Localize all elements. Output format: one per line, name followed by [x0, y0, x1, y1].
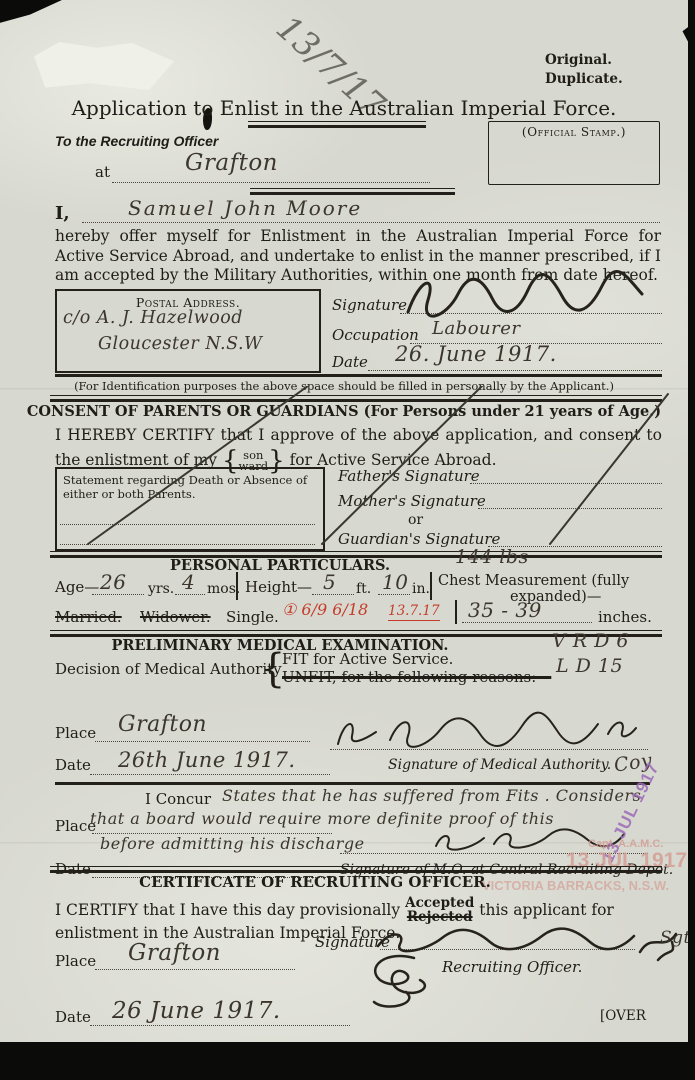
chest-label-line1: Chest Measurement (fully: [438, 573, 664, 589]
col-divider: [455, 600, 457, 624]
section-rule: [50, 866, 662, 873]
at-line: [112, 181, 430, 183]
occupation-value-handwritten: Labourer: [432, 318, 521, 339]
decision-label: Decision of Medical Authority: [55, 660, 282, 678]
vision-note-line2: L D 15: [556, 655, 623, 677]
duplicate-label: Duplicate.: [545, 71, 623, 87]
scanned-form-page: 13/7/17 Original. Duplicate. Application…: [0, 0, 688, 1042]
form-title: Application to Enlist in the Australian …: [0, 96, 688, 120]
postal-address-box: Postal Address.: [55, 289, 321, 373]
title-rule: [248, 121, 426, 128]
to-recruiting-officer-label: To the Recruiting Officer: [55, 133, 218, 149]
married-label: Married.: [55, 608, 122, 626]
concur-note-line2: that a board would require more definite…: [90, 809, 554, 828]
medical-place-line: [95, 740, 310, 742]
cert-place-handwritten: Grafton: [128, 940, 221, 966]
yrs-label: yrs.: [148, 581, 174, 597]
over-label: [OVER: [600, 1008, 646, 1024]
footer-code-3: St 5322: [215, 1046, 258, 1057]
medical-signature-label: Signature of Medical Authority.: [388, 757, 611, 773]
accepted-rejected-stack: Accepted Rejected: [405, 896, 474, 924]
applicant-signature: [398, 270, 660, 318]
inches-label: inches.: [598, 608, 652, 626]
medical-date-line: [90, 773, 330, 775]
medical-date-handwritten: 26th June 1917.: [118, 748, 296, 772]
cert-place-line: [95, 968, 295, 970]
unfit-line: UNFIT, for the following reasons:—: [282, 668, 551, 686]
concur-note-line3: before admitting his discharge: [100, 834, 365, 853]
height-label: Height—: [245, 578, 312, 596]
medical-signature-line: [330, 748, 648, 750]
cert-sgt-note: Sgt: [660, 928, 691, 948]
at-value-handwritten: Grafton: [185, 150, 278, 176]
postal-line2-handwritten: Gloucester N.S.W: [98, 334, 263, 354]
concur-note-line1: States that he has suffered from Fits . …: [222, 786, 641, 805]
medical-date-label: Date: [55, 756, 91, 774]
medical-place-handwritten: Grafton: [118, 712, 207, 737]
official-stamp-label: (Official Stamp.): [489, 125, 659, 139]
torn-patch: [34, 42, 174, 90]
at-label: at: [95, 163, 110, 181]
section-rule: [55, 782, 650, 785]
weight-note-handwritten: 144 lbs: [455, 546, 529, 568]
original-label: Original.: [545, 52, 612, 68]
official-stamp-box: (Official Stamp.): [488, 121, 660, 185]
footer-code-1: 4578: [85, 1046, 116, 1059]
widower-label: Widower.: [140, 608, 211, 626]
ft-label: ft.: [356, 581, 371, 597]
i-label: I,: [55, 203, 70, 224]
fit-line: FIT for Active Service.: [282, 650, 453, 668]
section-strikeout-slashes: [50, 386, 670, 548]
chest-value-handwritten: 35 - 39: [468, 598, 542, 622]
cert-date-handwritten: 26 June 1917.: [112, 998, 281, 1024]
medical-place-label: Place: [55, 724, 96, 742]
vision-note-line1: V R D 6: [552, 630, 629, 652]
col-divider: [236, 572, 238, 600]
height-in-handwritten: 10: [382, 570, 408, 594]
at-rule: [250, 188, 455, 195]
date-value-handwritten: 26. June 1917.: [395, 342, 557, 366]
section-rule: [55, 374, 662, 377]
certificate-body-start: I CERTIFY that I have this day provision…: [55, 901, 400, 919]
applicant-name-handwritten: Samuel John Moore: [128, 196, 362, 220]
red-annotation-date: 13.7.17: [388, 603, 440, 621]
cert-place-label: Place: [55, 952, 96, 970]
height-ft-handwritten: 5: [323, 570, 336, 594]
footer-code-2: M 1433: [145, 1046, 192, 1059]
cert-date-line: [90, 1024, 350, 1026]
signature-label: Signature: [332, 296, 407, 314]
age-months-handwritten: 4: [182, 570, 195, 594]
col-divider: [430, 572, 432, 600]
i-concur-label: I Concur: [145, 790, 211, 808]
age-years-handwritten: 26: [100, 570, 126, 594]
date-line: [368, 369, 662, 371]
postal-line1-handwritten: c/o A. J. Hazelwood: [63, 308, 243, 328]
date-label: Date: [332, 353, 368, 371]
recruiting-officer-monogram: [356, 950, 456, 1010]
in-label: in.: [412, 581, 430, 597]
cert-date-label: Date: [55, 1008, 91, 1026]
recruiting-officer-label: Recruiting Officer.: [442, 958, 582, 976]
red-annotation: ① 6/9 6/18: [282, 600, 368, 619]
certificate-heading: CERTIFICATE OF RECRUITING OFFICER.: [0, 873, 630, 891]
single-label: Single.: [226, 608, 279, 626]
name-line: [82, 221, 660, 223]
